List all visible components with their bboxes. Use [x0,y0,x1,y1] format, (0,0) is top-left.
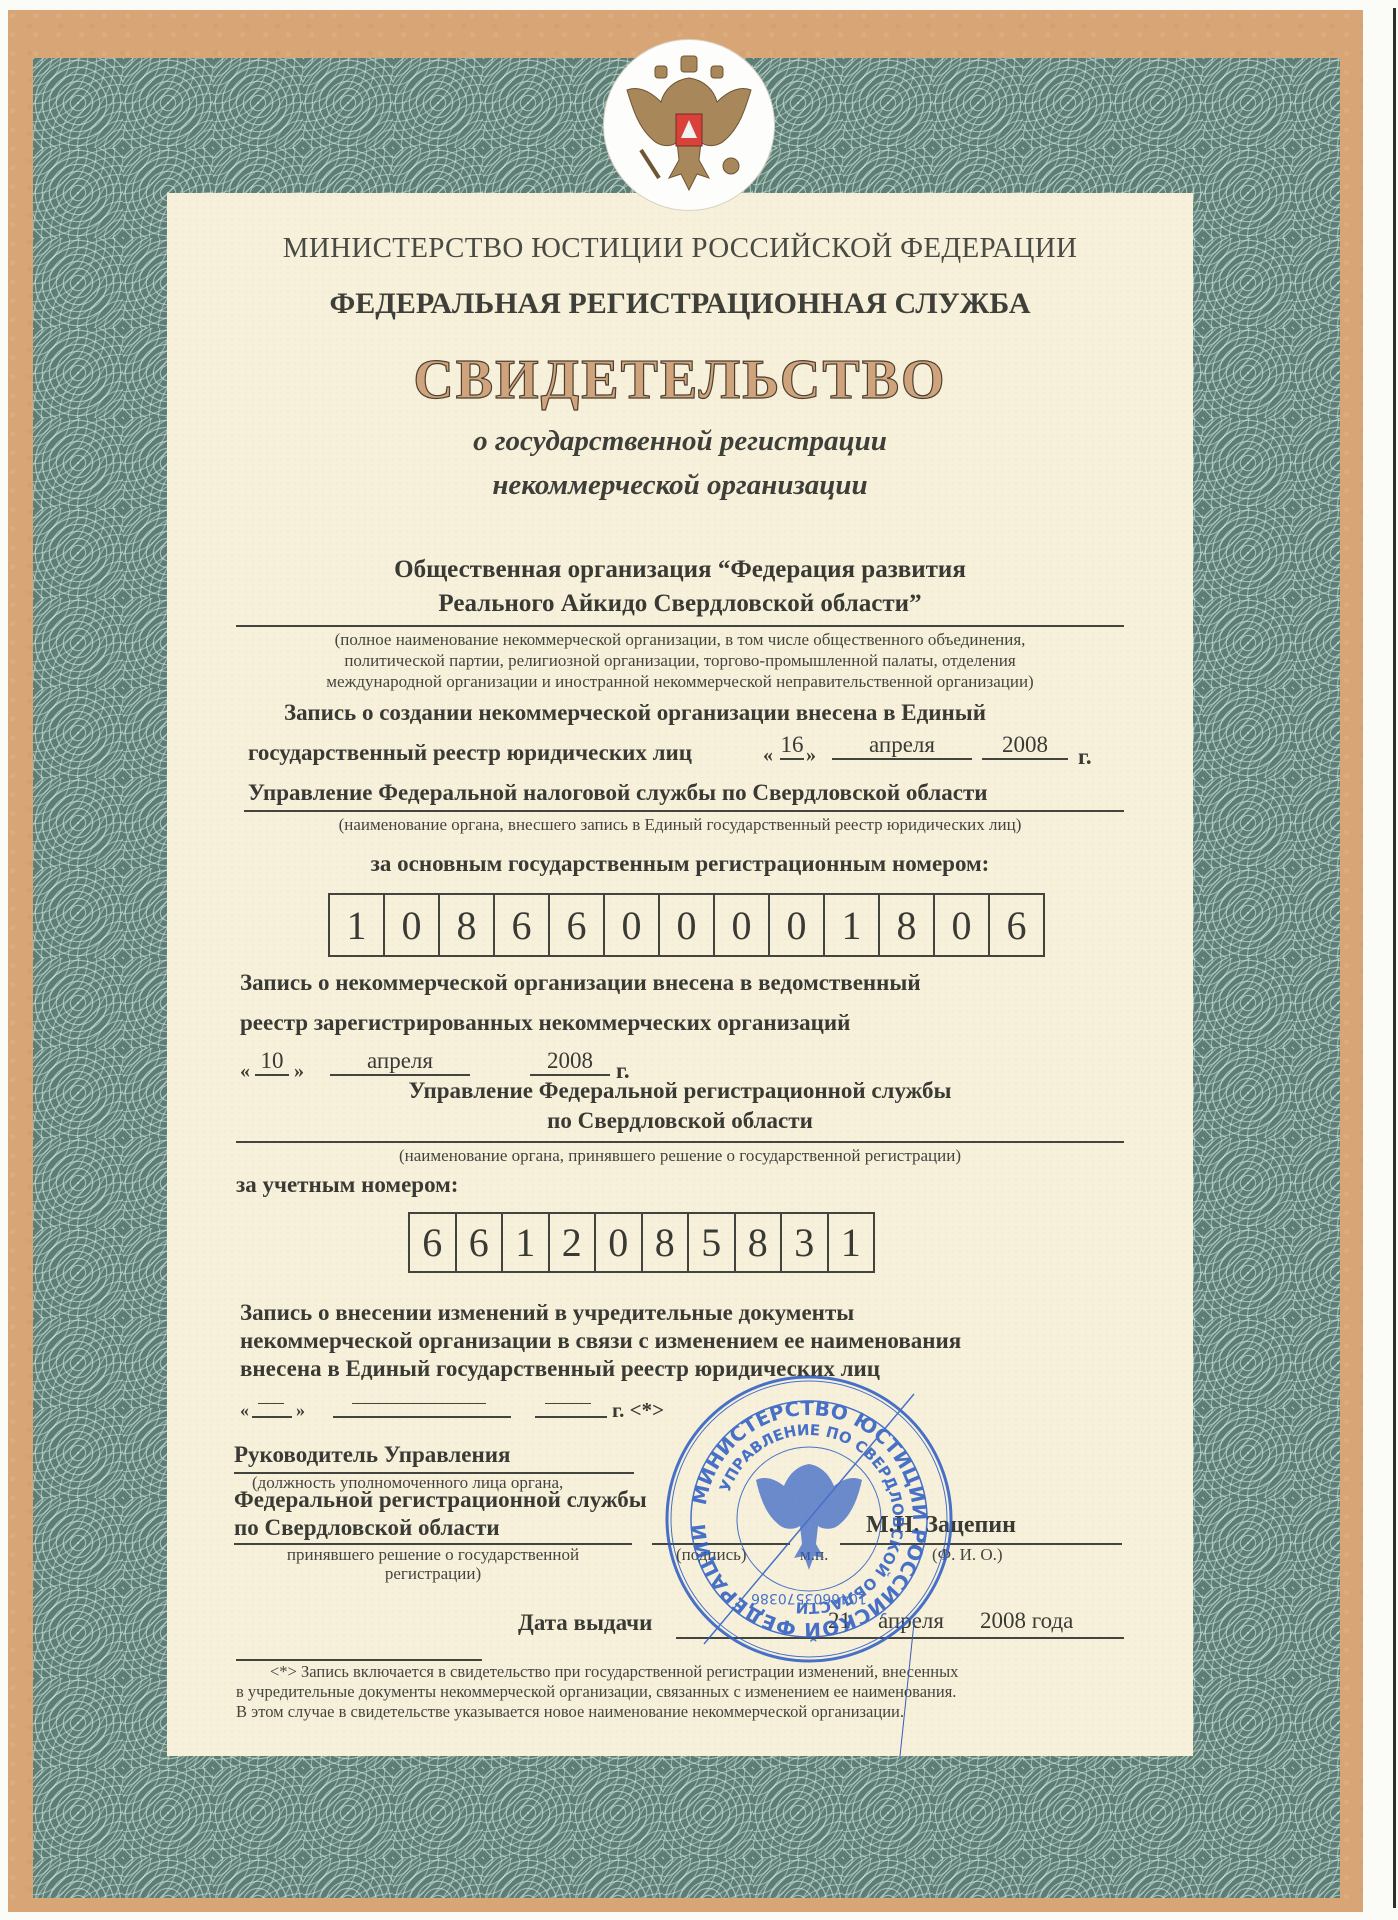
egrul-year-suffix: г. [1078,744,1092,770]
account-number-label: за учетным номером: [236,1172,458,1198]
department-year-field: 2008 [530,1048,610,1076]
issue-date-month: апреля [878,1608,944,1634]
account-digit: 3 [782,1214,829,1271]
signatory-full-name: М.Н. Зацепин [866,1512,1016,1539]
ogrn-number: 1086600001806 [328,893,1045,957]
egrul-entry-text-line2: государственный реестр юридических лиц [248,740,692,766]
issue-date-year: 2008 года [980,1608,1073,1634]
egrul-entry-text-line1: Запись о создании некоммерческой организ… [284,700,986,726]
department-day-field: 10 [255,1048,289,1076]
ogrn-digit: 8 [440,895,495,955]
account-digit: 6 [457,1214,504,1271]
department-authority-rule [236,1141,1124,1143]
egrul-authority-rule [244,810,1124,812]
department-month-field: апреля [330,1048,470,1076]
account-digit: 8 [643,1214,690,1271]
ministry-heading: МИНИСТЕРСТВО ЮСТИЦИИ РОССИЙСКОЙ ФЕДЕРАЦИ… [167,232,1193,265]
name-change-month-placeholder [352,1403,486,1404]
egrul-close-quote: » [806,744,816,767]
egrul-authority-caption: (наименование органа, внесшего запись в … [180,815,1180,835]
organization-name-caption-line3: международной организации и иностранной … [180,672,1180,692]
ogrn-digit: 0 [715,895,770,955]
egrul-open-quote: « [763,744,773,767]
organization-name-caption-line1: (полное наименование некоммерческой орга… [180,630,1180,650]
name-change-day-placeholder [258,1403,284,1404]
signatory-position-line2: Федеральной регистрационной службы [234,1487,647,1513]
name-change-day-field [252,1396,292,1418]
footnote-line3: В этом случае в свидетельстве указываетс… [236,1702,904,1722]
account-digit: 6 [410,1214,457,1271]
name-change-close-quote: » [296,1400,305,1421]
egrul-month-field: апреля [832,732,972,760]
service-heading: ФЕДЕРАЛЬНАЯ РЕГИСТРАЦИОННАЯ СЛУЖБА [167,287,1193,321]
ogrn-digit: 1 [825,895,880,955]
full-name-caption: (Ф. И. О.) [932,1545,1003,1565]
name-change-year-suffix: г. <*> [612,1398,664,1423]
signatory-position-caption-line3: регистрации) [234,1564,632,1584]
account-digit: 5 [689,1214,736,1271]
name-change-year-placeholder [545,1403,591,1404]
seal-caption: м.п. [800,1545,828,1565]
document-subtitle-line1: о государственной регистрации [167,425,1193,458]
account-digit: 8 [736,1214,783,1271]
name-change-year-field [535,1396,607,1418]
ogrn-digit: 0 [385,895,440,955]
department-authority-line2: по Свердловской области [167,1108,1193,1134]
signatory-position-caption-line2: принявшего решение о государственной [234,1545,632,1565]
scanner-edge [1393,8,1396,1908]
ogrn-digit: 6 [495,895,550,955]
department-authority-caption: (наименование органа, принявшего решение… [180,1146,1180,1166]
document-subtitle-line2: некоммерческой организации [167,469,1193,502]
ogrn-digit: 0 [605,895,660,955]
ogrn-digit: 6 [990,895,1043,955]
account-digit: 2 [550,1214,597,1271]
ogrn-digit: 0 [770,895,825,955]
egrul-day-field: 16 [780,732,804,760]
account-number: 6612085831 [408,1212,875,1273]
egrul-year-field: 2008 [982,732,1068,760]
organization-name-line1: Общественная организация “Федерация разв… [167,556,1193,584]
footnote-line2: в учредительные документы некоммерческой… [236,1682,956,1702]
signatory-position-line3: по Свердловской области [234,1515,500,1541]
organization-name-line2: Реального Айкидо Свердловской области” [167,590,1193,618]
name-change-open-quote: « [240,1400,249,1421]
ogrn-digit: 0 [660,895,715,955]
document-title: СВИДЕТЕЛЬСТВО [167,348,1193,412]
ogrn-label: за основным государственным регистрацион… [167,851,1193,877]
ogrn-digit: 1 [330,895,385,955]
ogrn-digit: 6 [550,895,605,955]
egrul-authority: Управление Федеральной налоговой службы … [248,780,988,806]
issue-date-rule [676,1637,1124,1639]
footnote-rule [236,1659,482,1661]
ogrn-digit: 0 [935,895,990,955]
organization-name-caption-line2: политической партии, религиозной организ… [180,651,1180,671]
department-entry-text-line1: Запись о некоммерческой организации внес… [240,970,921,996]
account-digit: 1 [829,1214,874,1271]
issue-date-label: Дата выдачи [518,1610,652,1636]
name-change-text-line3: внесена в Единый государственный реестр … [240,1356,880,1382]
name-change-text-line2: некоммерческой организации в связи с изм… [240,1328,961,1354]
ogrn-digit: 8 [880,895,935,955]
signature-caption: (подпись) [676,1545,747,1565]
department-entry-text-line2: реестр зарегистрированных некоммерческих… [240,1010,850,1036]
account-digit: 1 [503,1214,550,1271]
organization-name-rule [236,625,1124,627]
footnote-line1: <*> Запись включается в свидетельство пр… [270,1662,958,1682]
name-change-month-field [333,1396,511,1418]
account-digit: 0 [596,1214,643,1271]
department-authority-line1: Управление Федеральной регистрационной с… [167,1078,1193,1104]
russian-coat-of-arms-icon [604,40,774,210]
issue-date-day: 21 [828,1608,851,1634]
name-change-text-line1: Запись о внесении изменений в учредитель… [240,1300,854,1326]
signatory-position-line1: Руководитель Управления [234,1442,510,1468]
